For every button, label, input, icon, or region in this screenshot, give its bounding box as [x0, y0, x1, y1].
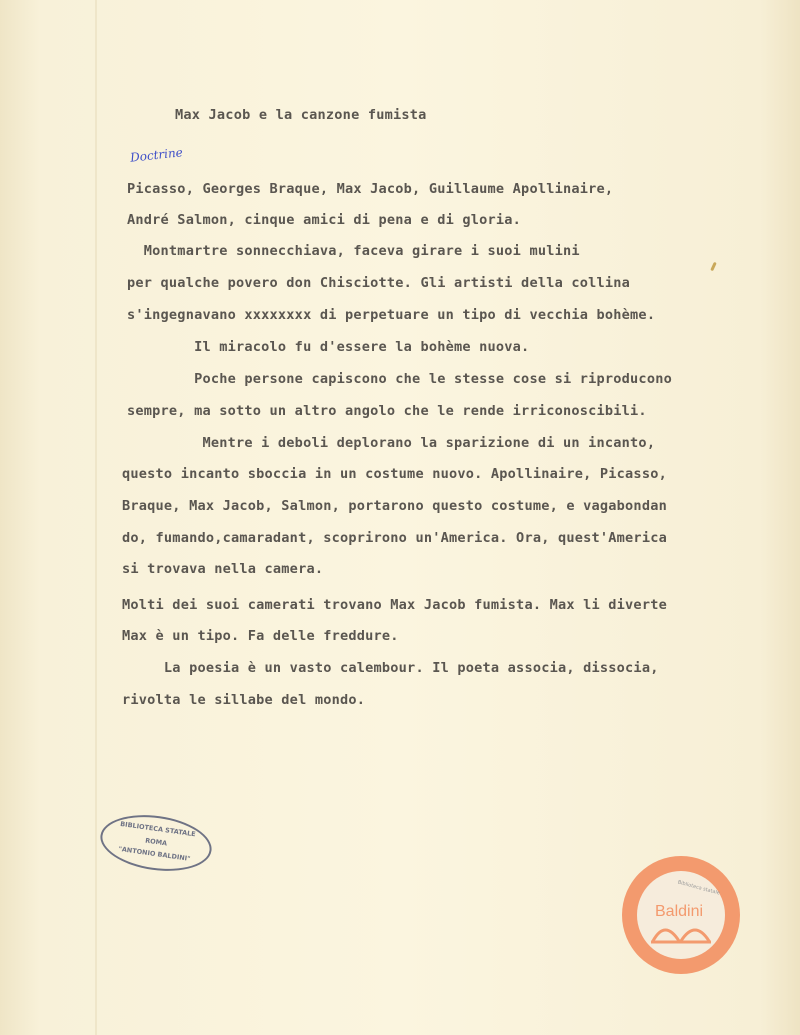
text-line: Il miracolo fu d'essere la bohème nuova.	[127, 339, 529, 355]
text-line: Max è un tipo. Fa delle freddure.	[122, 628, 399, 644]
text-line: Molti dei suoi camerati trovano Max Jaco…	[122, 597, 667, 613]
text-line: si trovava nella camera.	[122, 561, 323, 577]
text-line: questo incanto sboccia in un costume nuo…	[122, 466, 667, 482]
logo-name: Baldini	[655, 903, 703, 921]
text-line: Picasso, Georges Braque, Max Jacob, Guil…	[127, 181, 613, 197]
paper-crease	[95, 0, 97, 1035]
text-line: Braque, Max Jacob, Salmon, portarono que…	[122, 498, 667, 514]
text-line: do, fumando,camaradant, scoprirono un'Am…	[122, 530, 667, 546]
ink-mark	[710, 262, 717, 271]
text-line: La poesia è un vasto calembour. Il poeta…	[122, 660, 659, 676]
document-title: Max Jacob e la canzone fumista	[175, 107, 427, 123]
text-line: per qualche povero don Chisciotte. Gli a…	[127, 275, 630, 291]
text-line: Poche persone capiscono che le stesse co…	[127, 371, 672, 387]
library-stamp: BIBLIOTECA STATALE ROMA "ANTONIO BALDINI…	[97, 808, 215, 877]
text-line: Mentre i deboli deplorano la sparizione …	[127, 435, 655, 451]
baldini-logo: Biblioteca statale Baldini	[622, 856, 740, 974]
logo-small-text: Biblioteca statale	[677, 879, 720, 896]
handwritten-annotation: Doctrine	[129, 145, 183, 164]
text-line: s'ingegnavano xxxxxxxx di perpetuare un …	[127, 307, 655, 323]
text-line: Montmartre sonnecchiava, faceva girare i…	[127, 243, 580, 259]
scanned-page: Max Jacob e la canzone fumista Doctrine …	[0, 0, 800, 1035]
logo-inner-circle: Biblioteca statale Baldini	[637, 871, 725, 959]
text-line: André Salmon, cinque amici di pena e di …	[127, 212, 521, 228]
text-line: rivolta le sillabe del mondo.	[122, 692, 365, 708]
text-line: sempre, ma sotto un altro angolo che le …	[127, 403, 647, 419]
open-book-icon	[649, 921, 713, 945]
